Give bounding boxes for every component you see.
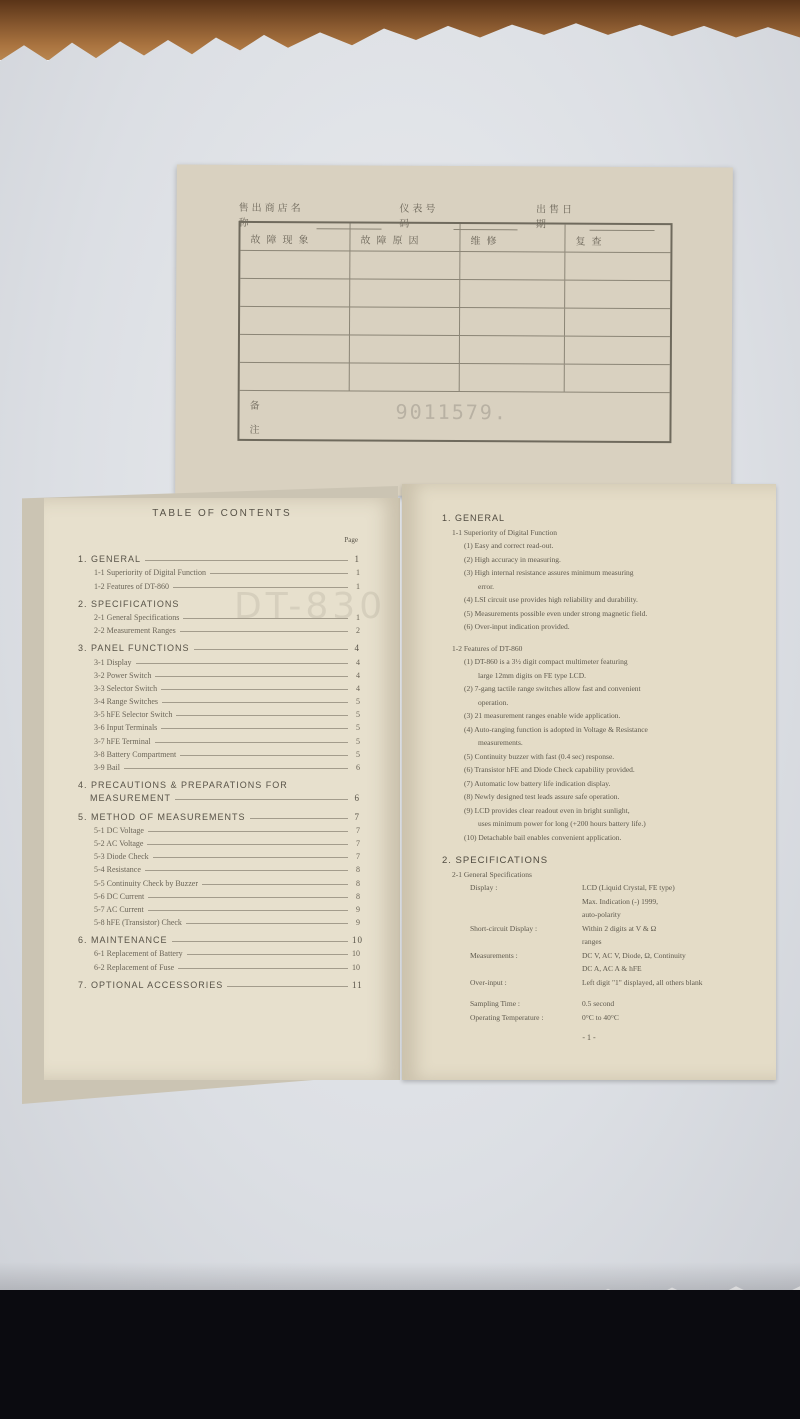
column-header: 维修 — [460, 224, 565, 252]
toc-entry: 5-5 Continuity Check by Buzzer8 — [78, 874, 360, 887]
spec-value: LCD (Liquid Crystal, FE type) — [582, 881, 752, 895]
spec-row: Display :LCD (Liquid Crystal, FE type) — [442, 881, 752, 895]
toc-entry-label: 6. MAINTENANCE — [78, 935, 168, 945]
toc-entry: 3-3 Selector Switch4 — [78, 680, 360, 693]
toc-entry-label: 5. METHOD OF MEASUREMENTS — [78, 812, 246, 822]
toc-page-number: 4 — [352, 684, 360, 693]
toc-leader-dots — [250, 818, 348, 819]
toc-entry-label: 6-1 Replacement of Battery — [94, 949, 183, 958]
toc-leader-dots — [148, 831, 348, 832]
toc-entry-label: 5-7 AC Current — [94, 905, 144, 914]
toc-entry-label: 3-1 Display — [94, 658, 132, 667]
toc-page-number: 10 — [352, 963, 360, 972]
list-item: (8) Newly designed test leads assure saf… — [442, 790, 752, 804]
toc-leader-dots — [175, 799, 348, 800]
toc-page-number: 11 — [352, 980, 360, 990]
toc-page-number: 5 — [352, 723, 360, 732]
toc-entry-label: 3-3 Selector Switch — [94, 684, 157, 693]
spec-row: Max. Indication (-) 1999, — [442, 895, 752, 909]
list-item: large 12mm digits on FE type LCD. — [442, 669, 752, 683]
serial-number-stamp: 9011579. — [396, 400, 508, 425]
toc-entry: 4. PRECAUTIONS & PREPARATIONS FOR — [78, 777, 360, 790]
table-header-row: 故障现象 故障原因 维修 复查 — [240, 223, 670, 253]
toc-entry-label: 3-6 Input Terminals — [94, 723, 157, 732]
toc-leader-dots — [178, 968, 348, 969]
toc-page-number: 5 — [352, 710, 360, 719]
toc-page-number: 7 — [352, 812, 360, 822]
toc-leader-dots — [180, 755, 348, 756]
list-item: (4) LSI circuit use provides high reliab… — [442, 593, 752, 607]
spec-value: 0.5 second — [582, 997, 752, 1011]
toc-entry: 3-6 Input Terminals5 — [78, 719, 360, 732]
toc-entry-label: 2. SPECIFICATIONS — [78, 599, 179, 609]
toc-entry-label: 5-3 Diode Check — [94, 852, 149, 861]
table-of-contents-page: DT-830 TABLE OF CONTENTS Page 1. GENERAL… — [44, 498, 400, 1080]
subsection-heading: 1-2 Features of DT-860 — [442, 642, 752, 656]
toc-page-number: 5 — [352, 750, 360, 759]
spec-value: DC A, AC A & hFE — [582, 962, 752, 976]
toc-leader-dots — [148, 897, 348, 898]
toc-entry-label: 1. GENERAL — [78, 554, 141, 564]
toc-entry: 6-2 Replacement of Fuse10 — [78, 958, 360, 971]
spec-row: Operating Temperature :0°C to 40°C — [442, 1011, 752, 1025]
toc-page-number: 8 — [352, 879, 360, 888]
spec-value: DC V, AC V, Diode, Ω, Continuity — [582, 949, 752, 963]
toc-entry: 5-8 hFE (Transistor) Check9 — [78, 914, 360, 927]
toc-entry: 1-1 Superiority of Digital Function1 — [78, 564, 360, 577]
toc-entry-label: 3-2 Power Switch — [94, 671, 151, 680]
spec-key — [470, 908, 582, 922]
toc-leader-dots — [147, 844, 348, 845]
toc-entry: 5-7 AC Current9 — [78, 901, 360, 914]
section-heading: 2. SPECIFICATIONS — [442, 854, 752, 868]
toc-leader-dots — [183, 618, 348, 619]
spec-key: Short-circuit Display : — [470, 922, 582, 936]
toc-entry: 1-2 Features of DT-8601 — [78, 577, 360, 590]
toc-entry-label: 6-2 Replacement of Fuse — [94, 963, 174, 972]
toc-page-number: 9 — [352, 918, 360, 927]
toc-entry-label: 3-5 hFE Selector Switch — [94, 710, 172, 719]
toc-entry-label: 3-7 hFE Terminal — [94, 737, 151, 746]
list-item: measurements. — [442, 736, 752, 750]
spec-key: Sampling Time : — [470, 997, 582, 1011]
toc-entry: 2-1 General Specifications1 — [78, 609, 360, 622]
toc-leader-dots — [210, 573, 348, 574]
toc-entry: 3-5 hFE Selector Switch5 — [78, 706, 360, 719]
toc-page-number: 10 — [352, 949, 360, 958]
toc-list: 1. GENERAL11-1 Superiority of Digital Fu… — [78, 546, 360, 990]
list-item: (6) Transistor hFE and Diode Check capab… — [442, 763, 752, 777]
toc-entry-label: 7. OPTIONAL ACCESSORIES — [78, 980, 223, 990]
list-item: (5) Measurements possible even under str… — [442, 607, 752, 621]
spec-row: Short-circuit Display :Within 2 digits a… — [442, 922, 752, 936]
toc-leader-dots — [172, 941, 348, 942]
spec-row: auto-polarity — [442, 908, 752, 922]
spec-row: ranges — [442, 935, 752, 949]
toc-page-number: 1 — [352, 568, 360, 577]
list-item: operation. — [442, 696, 752, 710]
toc-entry: 2-2 Measurement Ranges2 — [78, 622, 360, 635]
list-item: (1) Easy and correct read-out. — [442, 539, 752, 553]
toc-entry-label: 5-6 DC Current — [94, 892, 144, 901]
toc-entry-label: 3-4 Range Switches — [94, 697, 158, 706]
subsection-heading: 2-1 General Specifications — [442, 868, 752, 882]
column-header: 复查 — [565, 225, 670, 253]
toc-page-number: 6 — [352, 763, 360, 772]
toc-leader-dots — [186, 923, 348, 924]
toc-entry: 3. PANEL FUNCTIONS4 — [78, 640, 360, 653]
page-1-body: 1. GENERAL 1-1 Superiority of Digital Fu… — [442, 512, 752, 1024]
toc-entry-label: 5-4 Resistance — [94, 865, 141, 874]
spec-key: Over-input : — [470, 976, 582, 990]
toc-entry-label: 4. PRECAUTIONS & PREPARATIONS FOR — [78, 780, 288, 790]
list-item: (1) DT-860 is a 3½ digit compact multime… — [442, 655, 752, 669]
list-item: (5) Continuity buzzer with fast (0.4 sec… — [442, 750, 752, 764]
toc-entry: 3-9 Bail6 — [78, 759, 360, 772]
dark-floor-background — [0, 1290, 800, 1419]
feature-list: (1) Easy and correct read-out.(2) High a… — [442, 539, 752, 634]
list-item: (2) High accuracy in measuring. — [442, 553, 752, 567]
toc-leader-dots — [145, 560, 348, 561]
spec-value: Max. Indication (-) 1999, — [582, 895, 752, 909]
column-header: 故障现象 — [240, 223, 350, 251]
toc-page-number: 2 — [352, 626, 360, 635]
toc-entry: 5. METHOD OF MEASUREMENTS7 — [78, 808, 360, 821]
table-row — [240, 279, 670, 309]
spec-row: Over-input :Left digit "1" displayed, al… — [442, 976, 752, 990]
toc-page-number: 1 — [352, 582, 360, 591]
toc-entry: 7. OPTIONAL ACCESSORIES11 — [78, 977, 360, 990]
remarks-area: 备注 9011579. — [239, 387, 669, 441]
toc-entry: 5-1 DC Voltage7 — [78, 822, 360, 835]
warranty-card: 售出商店名称 仪表号码 出售日期 故障现象 故障原因 维修 复查 备注 9011… — [175, 165, 733, 498]
toc-entry: 3-7 hFE Terminal5 — [78, 732, 360, 745]
spec-value: Within 2 digits at V & Ω — [582, 922, 752, 936]
spec-value: auto-polarity — [582, 908, 752, 922]
toc-entry-label: 3-8 Battery Compartment — [94, 750, 176, 759]
toc-entry-label: 5-8 hFE (Transistor) Check — [94, 918, 182, 927]
toc-leader-dots — [187, 954, 348, 955]
toc-leader-dots — [124, 768, 348, 769]
toc-leader-dots — [162, 702, 348, 703]
toc-page-header: Page — [344, 536, 358, 544]
list-item: (2) 7-gang tactile range switches allow … — [442, 682, 752, 696]
list-item: (10) Detachable bail enables convenient … — [442, 831, 752, 845]
toc-entry: 5-4 Resistance8 — [78, 861, 360, 874]
toc-entry: MEASUREMENT6 — [78, 790, 360, 803]
toc-page-number: 8 — [352, 865, 360, 874]
toc-leader-dots — [227, 986, 348, 987]
spec-row: DC A, AC A & hFE — [442, 962, 752, 976]
toc-page-number: 4 — [352, 671, 360, 680]
toc-page-number: 1 — [352, 554, 360, 564]
toc-entry: 2. SPECIFICATIONS — [78, 596, 360, 609]
toc-entry: 5-2 AC Voltage7 — [78, 835, 360, 848]
toc-leader-dots — [145, 870, 348, 871]
column-header: 故障原因 — [350, 223, 460, 251]
toc-entry-label: 2-1 General Specifications — [94, 613, 179, 622]
toc-entry: 3-4 Range Switches5 — [78, 693, 360, 706]
toc-leader-dots — [155, 742, 348, 743]
toc-page-number: 7 — [352, 852, 360, 861]
remarks-label: 备注 — [249, 395, 261, 443]
toc-page-number: 4 — [352, 658, 360, 667]
toc-page-number: 7 — [352, 826, 360, 835]
toc-leader-dots — [176, 715, 348, 716]
toc-leader-dots — [173, 587, 348, 588]
subsection-heading: 1-1 Superiority of Digital Function — [442, 526, 752, 540]
toc-entry-label: 1-2 Features of DT-860 — [94, 582, 169, 591]
toc-entry: 3-8 Battery Compartment5 — [78, 746, 360, 759]
toc-page-number: 9 — [352, 905, 360, 914]
toc-leader-dots — [155, 676, 348, 677]
toc-entry-label: 5-2 AC Voltage — [94, 839, 143, 848]
list-item: (9) LCD provides clear readout even in b… — [442, 804, 752, 818]
toc-page-number: 8 — [352, 892, 360, 901]
toc-entry-label: 1-1 Superiority of Digital Function — [94, 568, 206, 577]
spec-key: Measurements : — [470, 949, 582, 963]
spec-row: Measurements :DC V, AC V, Diode, Ω, Cont… — [442, 949, 752, 963]
toc-leader-dots — [161, 728, 348, 729]
toc-page-number: 7 — [352, 839, 360, 848]
toc-entry: 3-2 Power Switch4 — [78, 667, 360, 680]
toc-leader-dots — [148, 910, 348, 911]
toc-leader-dots — [161, 689, 348, 690]
list-item: (6) Over-input indication provided. — [442, 620, 752, 634]
table-row — [240, 307, 670, 337]
toc-entry: 6. MAINTENANCE10 — [78, 932, 360, 945]
toc-page-number: 5 — [352, 737, 360, 746]
toc-entry: 6-1 Replacement of Battery10 — [78, 945, 360, 958]
list-item: uses minimum power for long (+200 hours … — [442, 817, 752, 831]
toc-leader-dots — [194, 649, 348, 650]
list-item: (4) Auto-ranging function is adopted in … — [442, 723, 752, 737]
list-item: (7) Automatic low battery life indicatio… — [442, 777, 752, 791]
spec-row: Sampling Time :0.5 second — [442, 997, 752, 1011]
toc-entry: 5-6 DC Current8 — [78, 888, 360, 901]
list-item: (3) 21 measurement ranges enable wide ap… — [442, 709, 752, 723]
page-number: - 1 - — [402, 1033, 776, 1042]
table-row — [240, 251, 670, 281]
spec-key — [470, 962, 582, 976]
toc-leader-dots — [136, 663, 348, 664]
spec-key: Operating Temperature : — [470, 1011, 582, 1025]
toc-page-number: 10 — [352, 935, 360, 945]
toc-leader-dots — [153, 857, 348, 858]
spec-value: Left digit "1" displayed, all others bla… — [582, 976, 752, 990]
repair-record-table: 故障现象 故障原因 维修 复查 备注 9011579. — [237, 221, 672, 443]
toc-entry-label: 5-1 DC Voltage — [94, 826, 144, 835]
toc-entry-label: 3. PANEL FUNCTIONS — [78, 643, 190, 653]
toc-page-number: 6 — [352, 793, 360, 803]
list-item: error. — [442, 580, 752, 594]
toc-entry: 1. GENERAL1 — [78, 551, 360, 564]
list-item: (3) High internal resistance assures min… — [442, 566, 752, 580]
spec-key — [470, 895, 582, 909]
spec-key — [470, 935, 582, 949]
toc-leader-dots — [202, 884, 348, 885]
toc-entry-label: 3-9 Bail — [94, 763, 120, 772]
toc-entry-label: MEASUREMENT — [90, 793, 171, 803]
toc-entry-label: 2-2 Measurement Ranges — [94, 626, 176, 635]
toc-entry-label: 5-5 Continuity Check by Buzzer — [94, 879, 198, 888]
spec-key: Display : — [470, 881, 582, 895]
spec-value: ranges — [582, 935, 752, 949]
feature-list: (1) DT-860 is a 3½ digit compact multime… — [442, 655, 752, 844]
spec-list: Display :LCD (Liquid Crystal, FE type)Ma… — [442, 881, 752, 1024]
toc-page-number: 5 — [352, 697, 360, 706]
toc-entry: 5-3 Diode Check7 — [78, 848, 360, 861]
toc-page-number: 4 — [352, 643, 360, 653]
toc-title: TABLE OF CONTENTS — [44, 508, 400, 519]
table-row — [240, 335, 670, 365]
toc-entry: 3-1 Display4 — [78, 653, 360, 666]
spec-value: 0°C to 40°C — [582, 1011, 752, 1025]
manual-page-1: 1. GENERAL 1-1 Superiority of Digital Fu… — [402, 484, 776, 1080]
toc-leader-dots — [180, 631, 348, 632]
toc-page-number: 1 — [352, 613, 360, 622]
section-heading: 1. GENERAL — [442, 512, 752, 526]
